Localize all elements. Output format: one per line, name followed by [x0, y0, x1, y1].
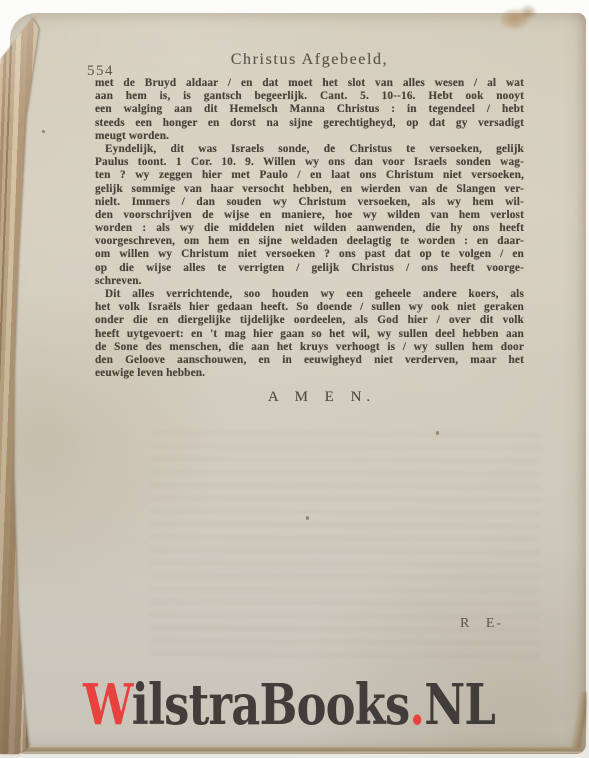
text-line: schreven.	[95, 275, 524, 288]
text-line: onder die en diergelijke tijdelijke oord…	[95, 314, 524, 327]
catchword: R E-	[460, 617, 503, 631]
watermark-tld: NL	[424, 672, 495, 738]
paragraph: Eyndelijk, dit was Israels sonde, de Chr…	[95, 143, 524, 288]
text-line: meugt worden.	[95, 130, 524, 143]
text-line: de Sone des menschen, die aan het kruys …	[95, 341, 524, 354]
page-bottom-edge	[16, 747, 582, 753]
body-text: met de Bruyd aldaar / en dat moet het sl…	[95, 77, 524, 380]
stain-mark	[498, 4, 540, 31]
text-line: op die wijse alles te verrigten / gelijk…	[95, 262, 524, 275]
running-header: Christus Afgebeeld,	[95, 52, 524, 68]
text-line: den Geloove aanschouwen, en in eeuwighey…	[95, 354, 524, 367]
watermark-dot: .	[409, 672, 424, 738]
amen-text: A M E N.	[107, 390, 536, 405]
text-line: eeuwige leven hebben.	[95, 367, 524, 380]
book-spine-wrap	[0, 14, 46, 754]
text-line: gelijk sommige van haar versocht hebben,…	[95, 183, 524, 196]
watermark-initial-w: W	[83, 672, 132, 738]
watermark-middle: ilstraBooks	[132, 672, 410, 738]
text-line: worden : als wy die middelen niet wilden…	[95, 222, 524, 235]
text-line: steeds een honger en dorst na sijne gere…	[95, 117, 524, 130]
text-line: met de Bruyd aldaar / en dat moet het sl…	[95, 77, 524, 90]
paragraph: Dit alles verrichtende, soo houden wy ee…	[95, 288, 524, 380]
text-line: voorgeschreven, om hem en sijne weldaden…	[95, 235, 524, 248]
text-line: het volk Israëls hier gedaan heeft. So d…	[95, 301, 524, 314]
paragraph: met de Bruyd aldaar / en dat moet het sl…	[95, 77, 524, 143]
text-line: Dit alles verrichtende, soo houden wy ee…	[95, 288, 524, 301]
text-line: om willen wy Christum niet versoeken ? o…	[95, 248, 524, 261]
text-line: nielt. Immers / dan souden wy Christum v…	[95, 196, 524, 209]
book-spine-edges	[0, 14, 46, 754]
watermark-wilstrabooks: WilstraBooks.NL	[83, 676, 495, 735]
book-photo: Christus Afgebeeld, 554 met de Bruyd ald…	[0, 0, 589, 758]
text-line: aan hem is, is gantsch begeerlijk. Cant.…	[95, 90, 524, 103]
text-line: een walging aan dit Hemelsch Manna Chris…	[95, 103, 524, 116]
edge-tear-mark	[569, 692, 587, 748]
text-line: den voorschrijven de wijse en maniere, h…	[95, 209, 524, 222]
text-line: ten ? wy zeggen hier met Paulo / en laat…	[95, 169, 524, 182]
text-line: Paulus toont. 1 Cor. 10. 9. Willen wy on…	[95, 156, 524, 169]
text-line: heeft uytgevoert: en 't mag hier gaan so…	[95, 328, 524, 341]
text-line: Eyndelijk, dit was Israels sonde, de Chr…	[95, 143, 524, 156]
